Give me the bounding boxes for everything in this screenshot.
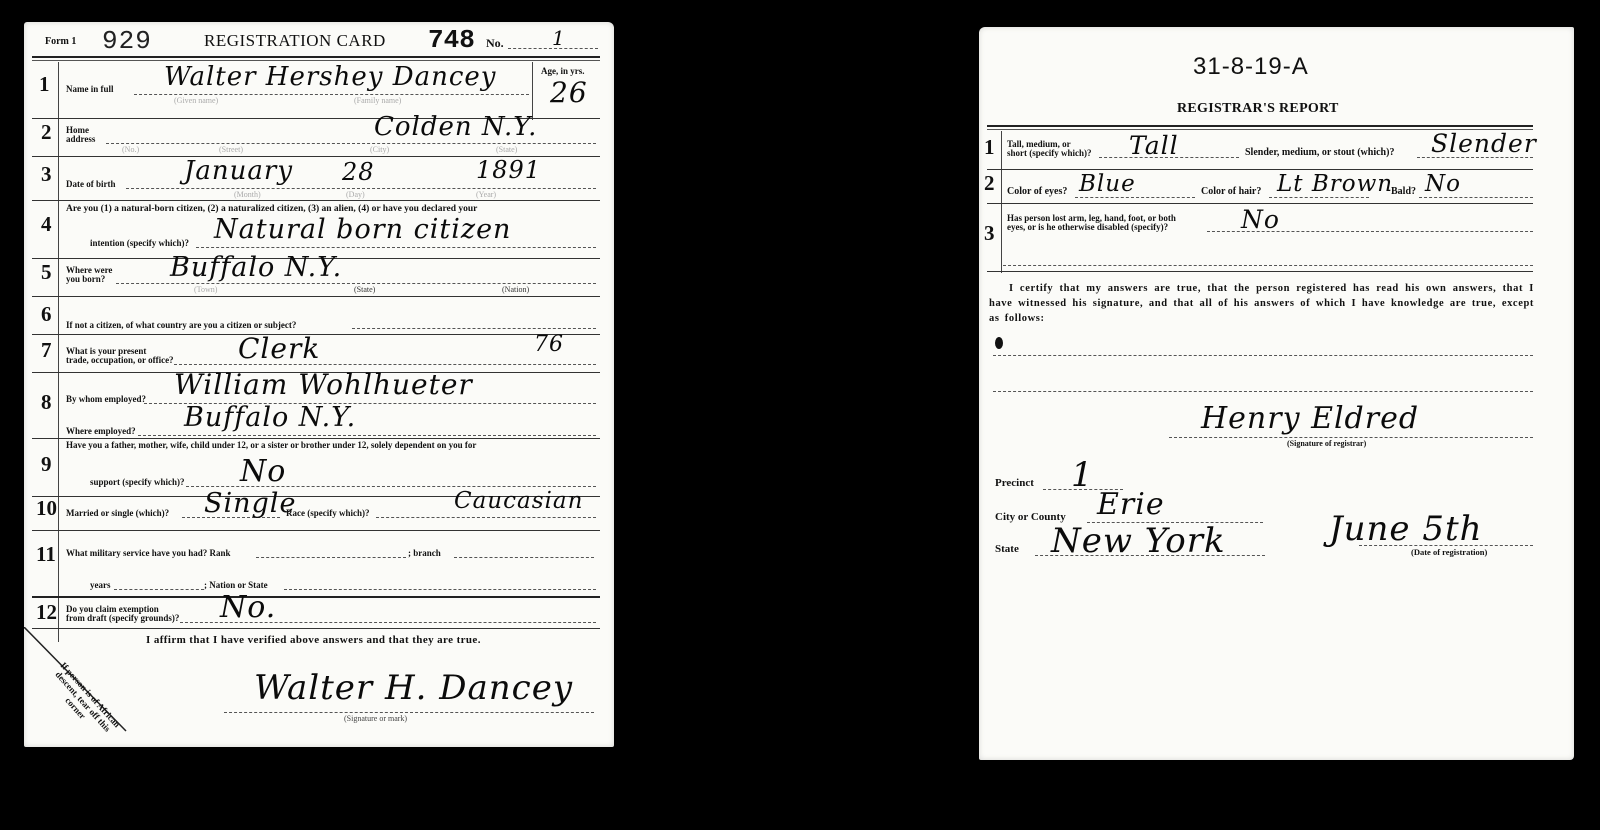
row-number: 1	[984, 135, 995, 160]
row-number: 4	[41, 212, 52, 237]
row-number: 9	[41, 452, 52, 477]
affirmation-text: I affirm that I have verified above answ…	[146, 634, 481, 646]
military-rank-label: What military service have you had? Rank	[66, 548, 231, 558]
registrar-caption: (Signature of registrar)	[1287, 439, 1366, 448]
foreign-citizen-line	[352, 328, 596, 329]
no-label: No.	[486, 36, 504, 51]
dob-line	[126, 188, 596, 189]
day-caption: (Day)	[346, 190, 365, 199]
row-number: 2	[41, 120, 52, 145]
row-divider	[987, 271, 1533, 272]
state-value: New York	[1051, 521, 1226, 561]
exceptions-line-1	[993, 355, 1533, 356]
row-number: 6	[41, 302, 52, 327]
number-column-rule	[1001, 131, 1002, 273]
row-number: 10	[36, 496, 57, 521]
hair-color-line	[1269, 197, 1369, 198]
age-value: 26	[550, 76, 588, 109]
exceptions-line-2	[993, 391, 1533, 392]
hair-color-label: Color of hair?	[1201, 187, 1261, 197]
row-divider	[987, 169, 1533, 170]
nation-state-line	[284, 589, 596, 590]
marital-value: Single	[204, 488, 296, 519]
month-caption: (Month)	[234, 190, 261, 199]
registration-date-value: June 5th	[1329, 509, 1483, 549]
bald-line	[1419, 197, 1533, 198]
row-number: 5	[41, 260, 52, 285]
state-label: State	[995, 543, 1019, 555]
height-label-2: short (specify which)?	[1007, 148, 1092, 158]
registration-date-caption: (Date of registration)	[1411, 547, 1487, 557]
certification-text: I certify that my answers are true, that…	[989, 281, 1534, 326]
city-caption: (City)	[370, 145, 389, 154]
exemption-value: No.	[220, 590, 276, 625]
occupation-label-2: trade, occupation, or office?	[66, 355, 174, 365]
town-caption: (Town)	[194, 285, 217, 294]
employment-location-label: Where employed?	[66, 426, 136, 436]
row-number: 3	[984, 221, 995, 246]
row-number: 8	[41, 390, 52, 415]
years-label: years	[90, 580, 111, 590]
row-divider	[32, 296, 600, 297]
margin-note: 76	[534, 332, 564, 357]
row-number: 12	[36, 600, 57, 625]
citizenship-label: intention (specify which)?	[90, 238, 189, 248]
exemption-label-2: from draft (specify grounds)?	[66, 613, 179, 623]
age-label: Age, in yrs.	[541, 66, 585, 76]
occupation-value: Clerk	[238, 332, 320, 365]
citizenship-value: Natural born citizen	[214, 214, 511, 245]
bald-value: No	[1425, 171, 1461, 197]
address-value: Colden N.Y.	[374, 112, 537, 142]
build-label: Slender, medium, or stout (which)?	[1245, 148, 1394, 158]
state-caption: (State)	[354, 285, 375, 294]
dependents-label: support (specify which)?	[90, 477, 185, 487]
street-caption: (Street)	[219, 145, 243, 154]
registrar-signature-line	[1169, 437, 1533, 438]
birthplace-label-2: you born?	[66, 274, 105, 284]
signature-caption: (Signature or mark)	[344, 714, 407, 723]
name-line	[134, 94, 529, 95]
nation-state-label: ; Nation or State	[204, 580, 268, 590]
employer-label: By whom employed?	[66, 394, 146, 404]
name-value: Walter Hershey Dancey	[164, 62, 496, 92]
eye-color-value: Blue	[1079, 171, 1136, 197]
row-number: 3	[41, 162, 52, 187]
disability-label-2: eyes, or is he otherwise disabled (speci…	[1007, 222, 1168, 232]
eye-color-label: Color of eyes?	[1007, 187, 1067, 197]
row-number: 11	[36, 542, 56, 567]
build-value: Slender	[1431, 129, 1537, 158]
precinct-label: Precinct	[995, 477, 1034, 489]
registrars-report-card: 31-8-19-A REGISTRAR'S REPORT 1 Tall, med…	[979, 27, 1574, 760]
rank-line	[256, 557, 406, 558]
marital-label: Married or single (which)?	[66, 508, 169, 518]
citizenship-line	[196, 247, 596, 248]
nation-caption: (Nation)	[502, 285, 529, 294]
foreign-citizen-label: If not a citizen, of what country are yo…	[66, 320, 296, 330]
race-line	[376, 517, 596, 518]
precinct-value: 1	[1071, 455, 1094, 495]
employment-location-line	[138, 435, 596, 436]
row-number: 7	[41, 338, 52, 363]
number-column-rule	[58, 62, 59, 642]
dob-day: 28	[342, 158, 375, 186]
race-value: Caucasian	[454, 488, 583, 514]
home-label-2: address	[66, 134, 95, 144]
header-divider-2	[32, 60, 600, 61]
employment-location-value: Buffalo N.Y.	[184, 402, 356, 433]
eye-color-line	[1075, 197, 1195, 198]
disability-value: No	[1241, 205, 1280, 234]
address-line	[106, 143, 596, 144]
no-caption: (No.)	[122, 145, 139, 154]
disability-line-2	[1003, 265, 1533, 266]
row-number: 1	[39, 72, 50, 97]
row-divider	[32, 438, 600, 439]
bald-label: Bald?	[1391, 187, 1416, 197]
card-title: REGISTRATION CARD	[204, 31, 386, 51]
ink-blot	[995, 337, 1003, 349]
serial-stamp: 929	[102, 26, 152, 56]
branch-label: ; branch	[408, 548, 441, 558]
race-label: Race (specify which)?	[286, 508, 369, 518]
years-line	[114, 589, 204, 590]
row-divider	[32, 596, 600, 598]
hair-color-value: Lt Brown	[1277, 171, 1393, 197]
state-caption: (State)	[496, 145, 517, 154]
citizenship-question: Are you (1) a natural-born citizen, (2) …	[66, 204, 477, 214]
dob-year: 1891	[476, 156, 541, 184]
dob-month: January	[184, 156, 293, 186]
header-divider	[987, 125, 1533, 127]
birthplace-value: Buffalo N.Y.	[170, 252, 342, 283]
header-divider	[32, 56, 600, 58]
family-name-caption: (Family name)	[354, 96, 401, 105]
employer-value: William Wohlhueter	[174, 368, 473, 401]
row-number: 2	[984, 171, 995, 196]
given-name-caption: (Given name)	[174, 96, 218, 105]
registrar-signature: Henry Eldred	[1201, 401, 1419, 436]
year-caption: (Year)	[476, 190, 496, 199]
no-value: 1	[552, 26, 566, 50]
row-divider	[32, 200, 600, 201]
row-divider	[32, 530, 600, 531]
birthplace-line	[116, 283, 596, 284]
row-divider	[987, 203, 1533, 204]
dependents-question: Have you a father, mother, wife, child u…	[66, 440, 476, 450]
signature-line	[224, 712, 594, 713]
branch-line	[454, 557, 594, 558]
registrant-signature: Walter H. Dancey	[254, 668, 573, 708]
report-title: REGISTRAR'S REPORT	[1177, 101, 1339, 117]
order-stamp: 748	[428, 25, 475, 55]
registration-card: Form 1 929 REGISTRATION CARD 748 No. 1 1…	[24, 22, 614, 747]
form-label: Form 1	[45, 36, 76, 47]
height-value: Tall	[1129, 131, 1179, 160]
report-stamp: 31-8-19-A	[1193, 53, 1309, 81]
city-county-value: Erie	[1097, 487, 1165, 522]
dob-label: Date of birth	[66, 179, 116, 189]
name-label: Name in full	[66, 84, 114, 94]
dependents-value: No	[240, 454, 286, 489]
